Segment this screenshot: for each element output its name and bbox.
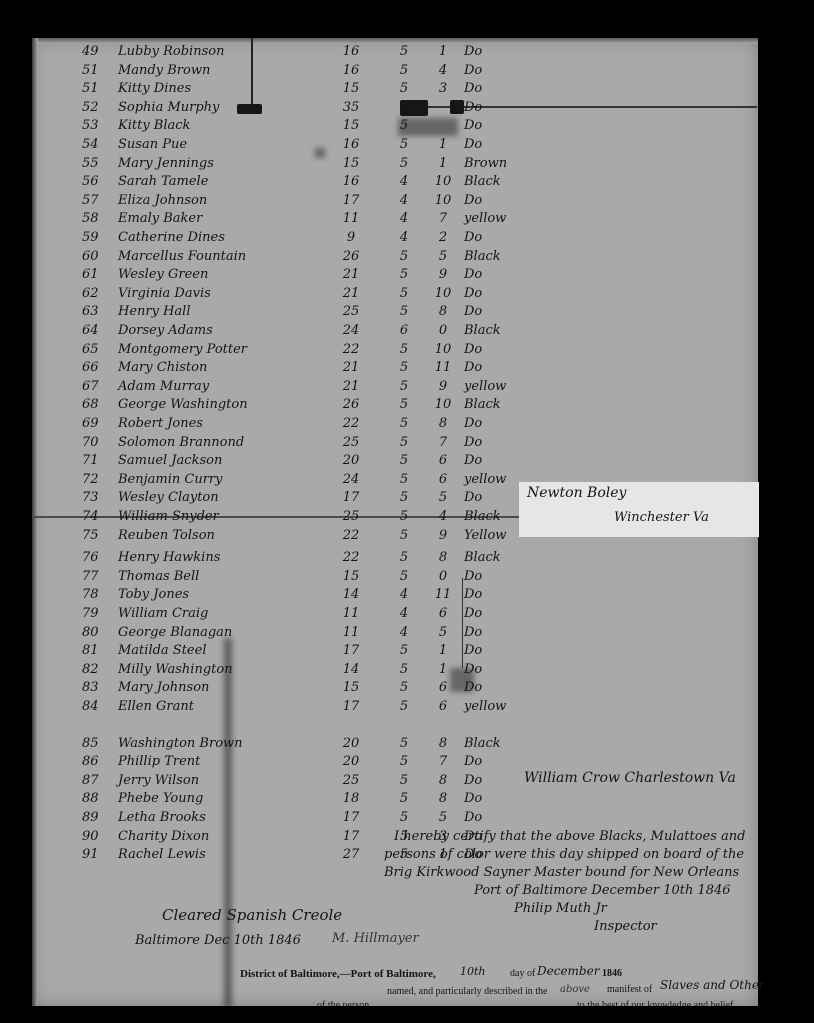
complexion: Do <box>464 81 482 96</box>
height-inches: 6 <box>432 453 454 468</box>
complexion: Do <box>464 360 482 375</box>
complexion: Brown <box>464 156 507 171</box>
person-name: Marcellus Fountain <box>118 249 246 264</box>
person-name: George Washington <box>118 397 248 412</box>
person-name: Kitty Dines <box>118 81 191 96</box>
table-row: 67Adam Murray2159yellow <box>32 379 758 398</box>
person-name: William Craig <box>118 606 208 621</box>
person-name: Rachel Lewis <box>118 847 206 862</box>
owner-name: Newton Boley <box>527 486 626 501</box>
height-feet: 5 <box>397 490 411 505</box>
height-inches: 1 <box>432 643 454 658</box>
entry-number: 51 <box>82 63 114 78</box>
age: 17 <box>337 643 365 658</box>
height-feet: 4 <box>397 193 411 208</box>
age: 24 <box>337 472 365 487</box>
age: 11 <box>337 606 365 621</box>
table-row: 89Letha Brooks1755Do <box>32 810 758 829</box>
height-feet: 5 <box>397 810 411 825</box>
height-inches: 10 <box>432 342 454 357</box>
complexion: Do <box>464 810 482 825</box>
table-row: 79William Craig1146Do <box>32 606 758 625</box>
age: 25 <box>337 509 365 524</box>
height-feet: 5 <box>397 100 411 115</box>
table-row: 81Matilda Steel1751Do <box>32 643 758 662</box>
age: 9 <box>337 230 365 245</box>
complexion: Do <box>464 137 482 152</box>
height-feet: 5 <box>397 360 411 375</box>
height-feet: 5 <box>397 773 411 788</box>
height-feet: 5 <box>397 680 411 695</box>
table-row: 51Mandy Brown1654Do <box>32 63 758 82</box>
person-name: Ellen Grant <box>118 699 194 714</box>
table-row: 62Virginia Davis21510Do <box>32 286 758 305</box>
table-row: 63Henry Hall2558Do <box>32 304 758 323</box>
table-row: 58Emaly Baker1147yellow <box>32 211 758 230</box>
height-feet: 5 <box>397 267 411 282</box>
entry-number: 65 <box>82 342 114 357</box>
table-row: 69Robert Jones2258Do <box>32 416 758 435</box>
table-row: 82Milly Washington1451Do <box>32 662 758 681</box>
height-feet: 5 <box>397 472 411 487</box>
table-row: 49Lubby Robinson1651Do <box>32 44 758 63</box>
height-inches: 4 <box>432 63 454 78</box>
entry-number: 67 <box>82 379 114 394</box>
certificate-line: Brig Kirkwood Sayner Master bound for Ne… <box>384 864 764 882</box>
age: 35 <box>337 100 365 115</box>
entry-number: 49 <box>82 44 114 59</box>
complexion: Black <box>464 509 501 524</box>
height-inches: 6 <box>432 606 454 621</box>
person-name: Mary Chiston <box>118 360 207 375</box>
person-name: Benjamin Curry <box>118 472 222 487</box>
age: 11 <box>337 211 365 226</box>
person-name: Adam Murray <box>118 379 209 394</box>
age: 20 <box>337 754 365 769</box>
height-feet: 4 <box>397 211 411 226</box>
entry-number: 57 <box>82 193 114 208</box>
person-name: Solomon Brannond <box>118 435 244 450</box>
height-feet: 5 <box>397 63 411 78</box>
complexion: yellow <box>464 211 506 226</box>
height-inches: 10 <box>432 193 454 208</box>
height-feet: 5 <box>397 550 411 565</box>
age: 26 <box>337 249 365 264</box>
age: 15 <box>337 569 365 584</box>
height-feet: 4 <box>397 174 411 189</box>
entry-number: 66 <box>82 360 114 375</box>
table-row: 84Ellen Grant1756yellow <box>32 699 758 718</box>
entry-number: 60 <box>82 249 114 264</box>
age: 18 <box>337 791 365 806</box>
table-row: 78Toby Jones14411Do <box>32 587 758 606</box>
table-row: 57Eliza Johnson17410Do <box>32 193 758 212</box>
entry-number: 61 <box>82 267 114 282</box>
person-name: Henry Hall <box>118 304 191 319</box>
complexion: Do <box>464 230 482 245</box>
height-inches: 1 <box>432 137 454 152</box>
height-feet: 4 <box>397 230 411 245</box>
height-feet: 5 <box>397 569 411 584</box>
entry-number: 76 <box>82 550 114 565</box>
age: 16 <box>337 44 365 59</box>
person-name: Mary Jennings <box>118 156 214 171</box>
person-name: Samuel Jackson <box>118 453 222 468</box>
height-feet: 5 <box>397 379 411 394</box>
person-name: Dorsey Adams <box>118 323 213 338</box>
height-inches: 6 <box>432 680 454 695</box>
entry-number: 80 <box>82 625 114 640</box>
height-inches: 0 <box>432 569 454 584</box>
certificate-line: I hereby certify that the above Blacks, … <box>384 828 764 846</box>
height-feet: 5 <box>397 416 411 431</box>
scan-border-bottom <box>0 1006 814 1023</box>
manifest-label: manifest of <box>607 984 652 995</box>
age: 25 <box>337 773 365 788</box>
entry-number: 89 <box>82 810 114 825</box>
table-row: 61Wesley Green2159Do <box>32 267 758 286</box>
entry-number: 75 <box>82 528 114 543</box>
age: 22 <box>337 342 365 357</box>
height-feet: 5 <box>397 643 411 658</box>
height-inches: 8 <box>432 304 454 319</box>
complexion: Do <box>464 606 482 621</box>
person-name: William Snyder <box>118 509 219 524</box>
height-feet: 4 <box>397 625 411 640</box>
person-name: Robert Jones <box>118 416 203 431</box>
entry-number: 59 <box>82 230 114 245</box>
entry-number: 62 <box>82 286 114 301</box>
table-row: 88Phebe Young1858Do <box>32 791 758 810</box>
age: 17 <box>337 699 365 714</box>
person-name: Virginia Davis <box>118 286 211 301</box>
complexion: Do <box>464 342 482 357</box>
age: 11 <box>337 625 365 640</box>
height-feet: 4 <box>397 587 411 602</box>
height-inches: 8 <box>432 416 454 431</box>
entry-number: 55 <box>82 156 114 171</box>
height-feet: 5 <box>397 435 411 450</box>
table-row: 80George Blanagan1145Do <box>32 625 758 644</box>
complexion: Do <box>464 569 482 584</box>
age: 16 <box>337 63 365 78</box>
age: 15 <box>337 156 365 171</box>
person-name: Toby Jones <box>118 587 189 602</box>
height-inches: 5 <box>432 490 454 505</box>
age: 25 <box>337 435 365 450</box>
collector-signature: M. Hillmayer <box>332 931 419 946</box>
height-inches: 8 <box>432 773 454 788</box>
owner-residence: Winchester Va <box>614 510 709 525</box>
complexion: Do <box>464 286 482 301</box>
height-feet: 5 <box>397 528 411 543</box>
district-heading: District of Baltimore,—Port of Baltimore… <box>240 968 436 980</box>
person-name: Mandy Brown <box>118 63 210 78</box>
entry-number: 52 <box>82 100 114 115</box>
complexion: yellow <box>464 472 506 487</box>
height-feet: 4 <box>397 606 411 621</box>
entry-number: 58 <box>82 211 114 226</box>
person-name: Kitty Black <box>118 118 190 133</box>
table-row: 56Sarah Tamele16410Black <box>32 174 758 193</box>
entry-number: 54 <box>82 137 114 152</box>
height-inches: 9 <box>432 379 454 394</box>
height-feet: 5 <box>397 81 411 96</box>
complexion: Do <box>464 643 482 658</box>
entry-number: 70 <box>82 435 114 450</box>
table-row: 54Susan Pue1651Do <box>32 137 758 156</box>
entry-number: 79 <box>82 606 114 621</box>
entry-number: 56 <box>82 174 114 189</box>
person-name: Henry Hawkins <box>118 550 220 565</box>
height-feet: 5 <box>397 156 411 171</box>
height-inches: 9 <box>432 528 454 543</box>
entry-number: 82 <box>82 662 114 677</box>
complexion: Do <box>464 662 482 677</box>
complexion: Black <box>464 736 501 751</box>
age: 22 <box>337 416 365 431</box>
age: 26 <box>337 397 365 412</box>
height-feet: 5 <box>397 699 411 714</box>
complexion: Do <box>464 453 482 468</box>
height-feet: 5 <box>397 791 411 806</box>
table-row: 52Sophia Murphy355Do <box>32 100 758 119</box>
inspector-signature: Philip Muth Jr <box>384 900 764 918</box>
height-feet: 5 <box>397 342 411 357</box>
height-inches: 1 <box>432 156 454 171</box>
height-feet: 5 <box>397 249 411 264</box>
clearance-date: Baltimore Dec 10th 1846 <box>135 933 301 948</box>
table-row: 55Mary Jennings1551Brown <box>32 156 758 175</box>
height-feet: 5 <box>397 286 411 301</box>
height-inches: 6 <box>432 472 454 487</box>
height-inches: 1 <box>432 44 454 59</box>
age: 15 <box>337 118 365 133</box>
age: 20 <box>337 453 365 468</box>
entry-number: 68 <box>82 397 114 412</box>
height-inches: 5 <box>432 625 454 640</box>
table-row: 51Kitty Dines1553Do <box>32 81 758 100</box>
age: 25 <box>337 304 365 319</box>
complexion: Black <box>464 550 501 565</box>
height-inches: 7 <box>432 211 454 226</box>
person-name: Catherine Dines <box>118 230 225 245</box>
table-row: 53Kitty Black155Do <box>32 118 758 137</box>
height-feet: 5 <box>397 44 411 59</box>
age: 22 <box>337 528 365 543</box>
height-feet: 5 <box>397 118 411 133</box>
height-inches: 10 <box>432 286 454 301</box>
age: 22 <box>337 550 365 565</box>
person-name: Susan Pue <box>118 137 187 152</box>
inspector-title: Inspector <box>384 918 764 936</box>
age: 17 <box>337 193 365 208</box>
age: 21 <box>337 360 365 375</box>
height-inches: 9 <box>432 267 454 282</box>
height-feet: 5 <box>397 662 411 677</box>
printed-described-label: named, and particularly described in the <box>387 986 548 997</box>
person-name: Phebe Young <box>118 791 203 806</box>
height-inches: 7 <box>432 435 454 450</box>
age: 16 <box>337 137 365 152</box>
person-name: Charity Dixon <box>118 829 209 844</box>
owner-note-2: William Crow Charlestown Va <box>524 771 736 786</box>
person-name: Emaly Baker <box>118 211 202 226</box>
complexion: yellow <box>464 379 506 394</box>
described-value: above <box>560 982 590 997</box>
day-value: 10th <box>460 964 486 979</box>
person-name: Reuben Tolson <box>118 528 215 543</box>
entry-number: 78 <box>82 587 114 602</box>
person-name: Thomas Bell <box>118 569 199 584</box>
person-name: Mary Johnson <box>118 680 209 695</box>
complexion: Do <box>464 100 482 115</box>
person-name: Montgomery Potter <box>118 342 247 357</box>
height-inches: 10 <box>432 397 454 412</box>
complexion: Black <box>464 249 501 264</box>
height-inches: 5 <box>432 810 454 825</box>
entry-number: 86 <box>82 754 114 769</box>
complexion: Do <box>464 63 482 78</box>
entry-number: 83 <box>82 680 114 695</box>
entry-number: 74 <box>82 509 114 524</box>
entry-number: 73 <box>82 490 114 505</box>
table-row: 77Thomas Bell1550Do <box>32 569 758 588</box>
table-row: 64Dorsey Adams2460Black <box>32 323 758 342</box>
year-value: 1846 <box>602 968 622 979</box>
table-row: 68George Washington26510Black <box>32 397 758 416</box>
age: 14 <box>337 587 365 602</box>
height-feet: 6 <box>397 323 411 338</box>
complexion: Black <box>464 174 501 189</box>
height-inches: 3 <box>432 81 454 96</box>
height-feet: 5 <box>397 754 411 769</box>
complexion: Do <box>464 118 482 133</box>
height-feet: 5 <box>397 736 411 751</box>
age: 15 <box>337 81 365 96</box>
entry-number: 88 <box>82 791 114 806</box>
complexion: Black <box>464 323 501 338</box>
entry-number: 91 <box>82 847 114 862</box>
height-feet: 5 <box>397 137 411 152</box>
month-value: December <box>537 964 599 979</box>
complexion: Do <box>464 435 482 450</box>
height-inches: 10 <box>432 174 454 189</box>
complexion: Do <box>464 587 482 602</box>
person-name: Lubby Robinson <box>118 44 224 59</box>
entry-number: 69 <box>82 416 114 431</box>
complexion: Black <box>464 397 501 412</box>
table-row: 59Catherine Dines942Do <box>32 230 758 249</box>
person-name: Eliza Johnson <box>118 193 207 208</box>
height-inches: 5 <box>432 249 454 264</box>
height-feet: 5 <box>397 304 411 319</box>
age: 16 <box>337 174 365 189</box>
height-inches: 4 <box>432 509 454 524</box>
height-inches: 11 <box>432 360 454 375</box>
age: 17 <box>337 490 365 505</box>
person-name: Washington Brown <box>118 736 243 751</box>
height-feet: 5 <box>397 509 411 524</box>
person-name: Milly Washington <box>118 662 233 677</box>
complexion: Do <box>464 680 482 695</box>
age: 14 <box>337 662 365 677</box>
age: 17 <box>337 810 365 825</box>
complexion: Do <box>464 416 482 431</box>
entry-number: 72 <box>82 472 114 487</box>
person-name: George Blanagan <box>118 625 232 640</box>
complexion: yellow <box>464 699 506 714</box>
table-row: 85Washington Brown2058Black <box>32 736 758 755</box>
entry-number: 63 <box>82 304 114 319</box>
complexion: Do <box>464 773 482 788</box>
complexion: Do <box>464 625 482 640</box>
entry-number: 81 <box>82 643 114 658</box>
inspector-certificate: I hereby certify that the above Blacks, … <box>384 828 764 936</box>
person-name: Letha Brooks <box>118 810 206 825</box>
height-inches: 0 <box>432 323 454 338</box>
entry-number: 90 <box>82 829 114 844</box>
certificate-date-line: Port of Baltimore December 10th 1846 <box>384 882 764 900</box>
height-feet: 5 <box>397 453 411 468</box>
person-name: Sarah Tamele <box>118 174 208 189</box>
person-name: Phillip Trent <box>118 754 200 769</box>
entry-number: 87 <box>82 773 114 788</box>
clearance-note: Cleared Spanish Creole <box>162 908 342 923</box>
entry-number: 85 <box>82 736 114 751</box>
complexion: Do <box>464 791 482 806</box>
complexion: Do <box>464 44 482 59</box>
age: 17 <box>337 829 365 844</box>
table-row: 76Henry Hawkins2258Black <box>32 550 758 569</box>
age: 20 <box>337 736 365 751</box>
manifest-value: Slaves and Other <box>660 978 765 993</box>
age: 15 <box>337 680 365 695</box>
age: 21 <box>337 286 365 301</box>
height-inches: 8 <box>432 550 454 565</box>
entry-number: 64 <box>82 323 114 338</box>
complexion: Yellow <box>464 528 506 543</box>
entry-number: 51 <box>82 81 114 96</box>
table-row: 65Montgomery Potter22510Do <box>32 342 758 361</box>
table-row: 70Solomon Brannond2557Do <box>32 435 758 454</box>
entry-number: 71 <box>82 453 114 468</box>
height-inches: 6 <box>432 699 454 714</box>
entry-number: 77 <box>82 569 114 584</box>
age: 21 <box>337 379 365 394</box>
table-row: 60Marcellus Fountain2655Black <box>32 249 758 268</box>
person-name: Matilda Steel <box>118 643 206 658</box>
person-name: Sophia Murphy <box>118 100 219 115</box>
age: 27 <box>337 847 365 862</box>
table-row: 71Samuel Jackson2056Do <box>32 453 758 472</box>
height-inches: 8 <box>432 736 454 751</box>
entry-number: 53 <box>82 118 114 133</box>
complexion: Do <box>464 267 482 282</box>
height-feet: 5 <box>397 397 411 412</box>
person-name: Wesley Green <box>118 267 208 282</box>
age: 24 <box>337 323 365 338</box>
height-inches: 2 <box>432 230 454 245</box>
complexion: Do <box>464 304 482 319</box>
certificate-line: persons of color were this day shipped o… <box>384 846 764 864</box>
height-inches: 7 <box>432 754 454 769</box>
table-row: 66Mary Chiston21511Do <box>32 360 758 379</box>
table-row: 83Mary Johnson1556Do <box>32 680 758 699</box>
height-inches: 1 <box>432 662 454 677</box>
height-inches: 8 <box>432 791 454 806</box>
complexion: Do <box>464 193 482 208</box>
